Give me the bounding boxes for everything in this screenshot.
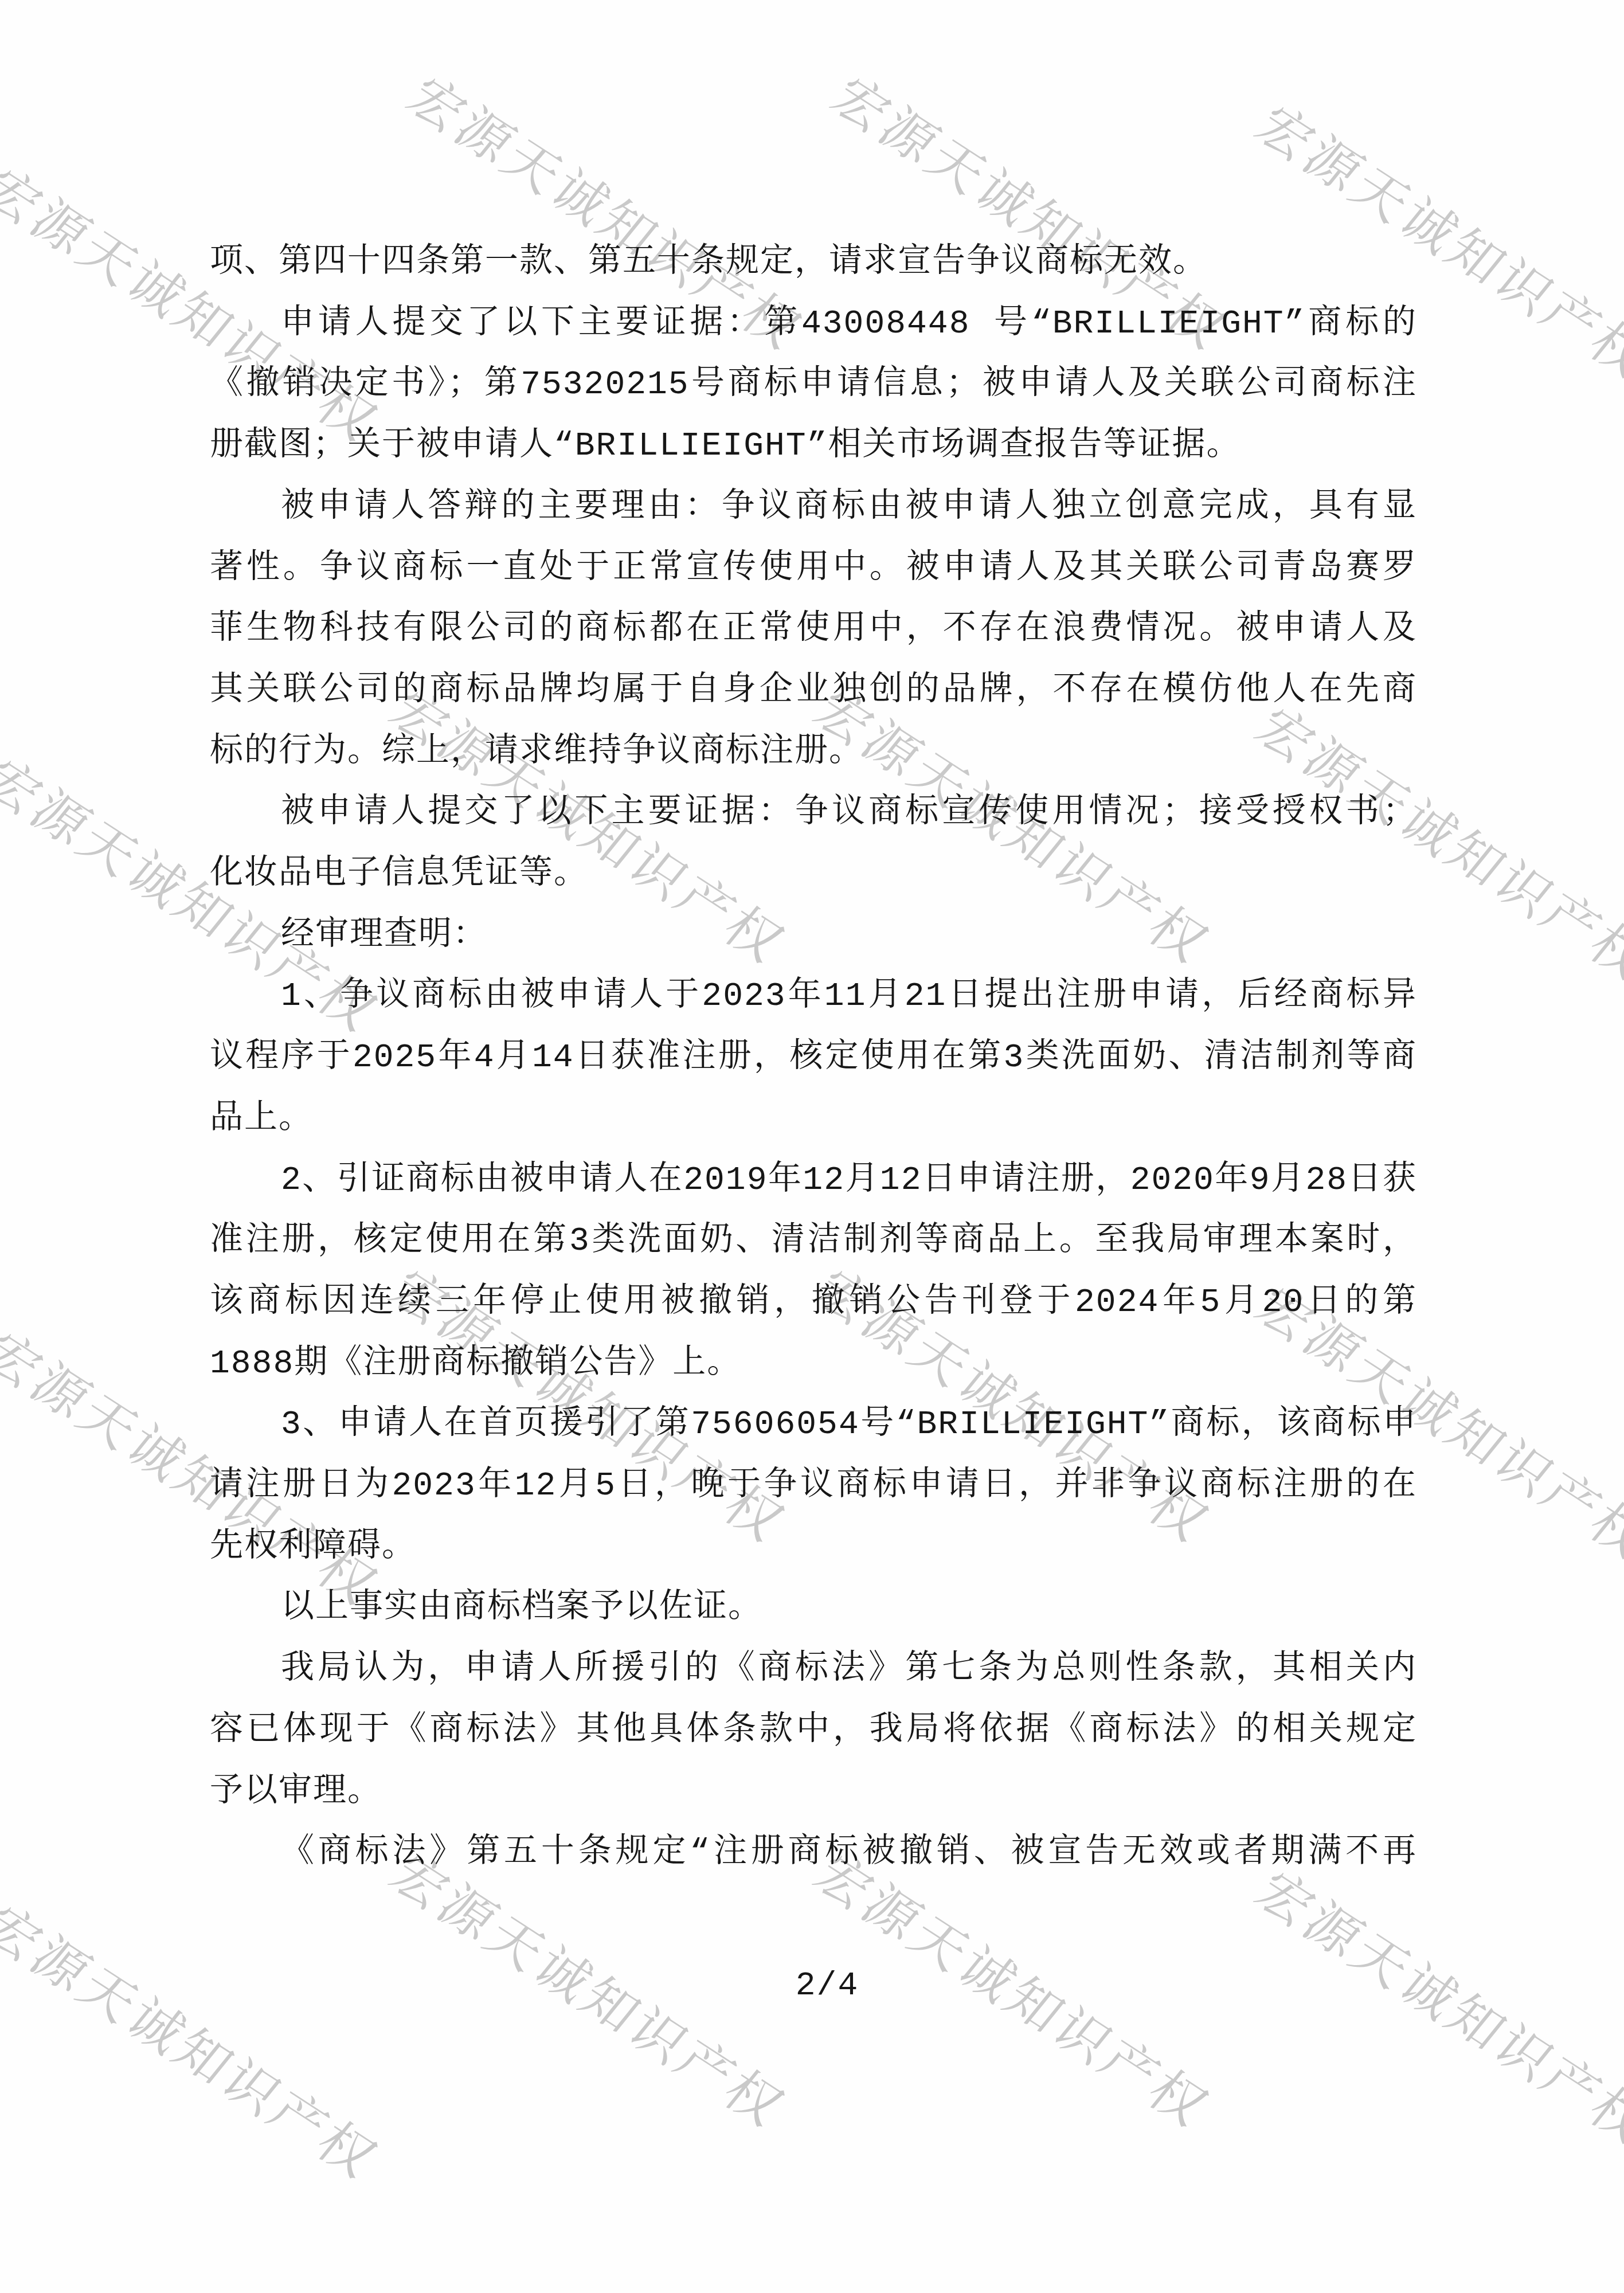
- document-line: 申请人提交了以下主要证据：第43008448 号“BRILLIEIGHT”商标的: [210, 294, 1417, 355]
- document-line: 2、引证商标由被申请人在2019年12月12日申请注册，2020年9月28日获: [210, 1151, 1417, 1212]
- document-line: 化妆品电子信息凭证等。: [210, 844, 1417, 906]
- document-line: 菲生物科技有限公司的商标都在正常使用中，不存在浪费情况。被申请人及: [210, 600, 1417, 661]
- document-line: 容已体现于《商标法》其他具体条款中，我局将依据《商标法》的相关规定: [210, 1701, 1417, 1762]
- document-line: 被申请人答辩的主要理由：争议商标由被申请人独立创意完成，具有显: [210, 478, 1417, 539]
- document-line: 1、争议商标由被申请人于2023年11月21日提出注册申请，后经商标异: [210, 966, 1417, 1028]
- document-line: 标的行为。综上，请求维持争议商标注册。: [210, 722, 1417, 784]
- document-line: 以上事实由商标档案予以佐证。: [210, 1578, 1417, 1639]
- document-line: 被申请人提交了以下主要证据：争议商标宣传使用情况；接受授权书；: [210, 783, 1417, 844]
- document-line: 请注册日为2023年12月5日，晚于争议商标申请日，并非争议商标注册的在: [210, 1456, 1417, 1517]
- document-line: 我局认为，申请人所援引的《商标法》第七条为总则性条款，其相关内: [210, 1639, 1417, 1701]
- document-line: 1888期《注册商标撤销公告》上。: [210, 1334, 1417, 1395]
- watermark-text: 宏源天诚知识产权: [0, 1886, 398, 2193]
- document-line: 经审理查明：: [210, 906, 1417, 967]
- document-body: 项、第四十四条第一款、第五十条规定，请求宣告争议商标无效。 申请人提交了以下主要…: [210, 233, 1417, 1884]
- document-line: 《撤销决定书》；第75320215号商标申请信息；被申请人及关联公司商标注: [210, 355, 1417, 416]
- document-line: 其关联公司的商标品牌均属于自身企业独创的品牌，不存在模仿他人在先商: [210, 661, 1417, 722]
- watermark-text: 宏源天诚知识产权: [1242, 1852, 1624, 2158]
- page-number: 2/4: [0, 1967, 1624, 2005]
- document-line: 先权利障碍。: [210, 1517, 1417, 1579]
- scanned-document-page: 宏源天诚知识产权 宏源天诚知识产权 宏源天诚知识产权 宏源天诚知识产权 宏源天诚…: [0, 0, 1624, 2293]
- document-line: 议程序于2025年4月14日获准注册，核定使用在第3类洗面奶、清洁制剂等商: [210, 1028, 1417, 1089]
- document-line: 著性。争议商标一直处于正常宣传使用中。被申请人及其关联公司青岛赛罗: [210, 539, 1417, 600]
- document-line: 品上。: [210, 1089, 1417, 1151]
- document-line: 项、第四十四条第一款、第五十条规定，请求宣告争议商标无效。: [210, 233, 1417, 294]
- document-line: 册截图；关于被申请人“BRILLIEIGHT”相关市场调查报告等证据。: [210, 416, 1417, 478]
- document-line: 予以审理。: [210, 1762, 1417, 1824]
- document-line: 3、申请人在首页援引了第75606054号“BRILLIEIGHT”商标，该商标…: [210, 1395, 1417, 1456]
- document-line: 该商标因连续三年停止使用被撤销，撤销公告刊登于2024年5月20日的第: [210, 1273, 1417, 1334]
- document-line: 《商标法》第五十条规定“注册商标被撤销、被宣告无效或者期满不再: [210, 1823, 1417, 1884]
- document-line: 准注册，核定使用在第3类洗面奶、清洁制剂等商品上。至我局审理本案时，: [210, 1211, 1417, 1273]
